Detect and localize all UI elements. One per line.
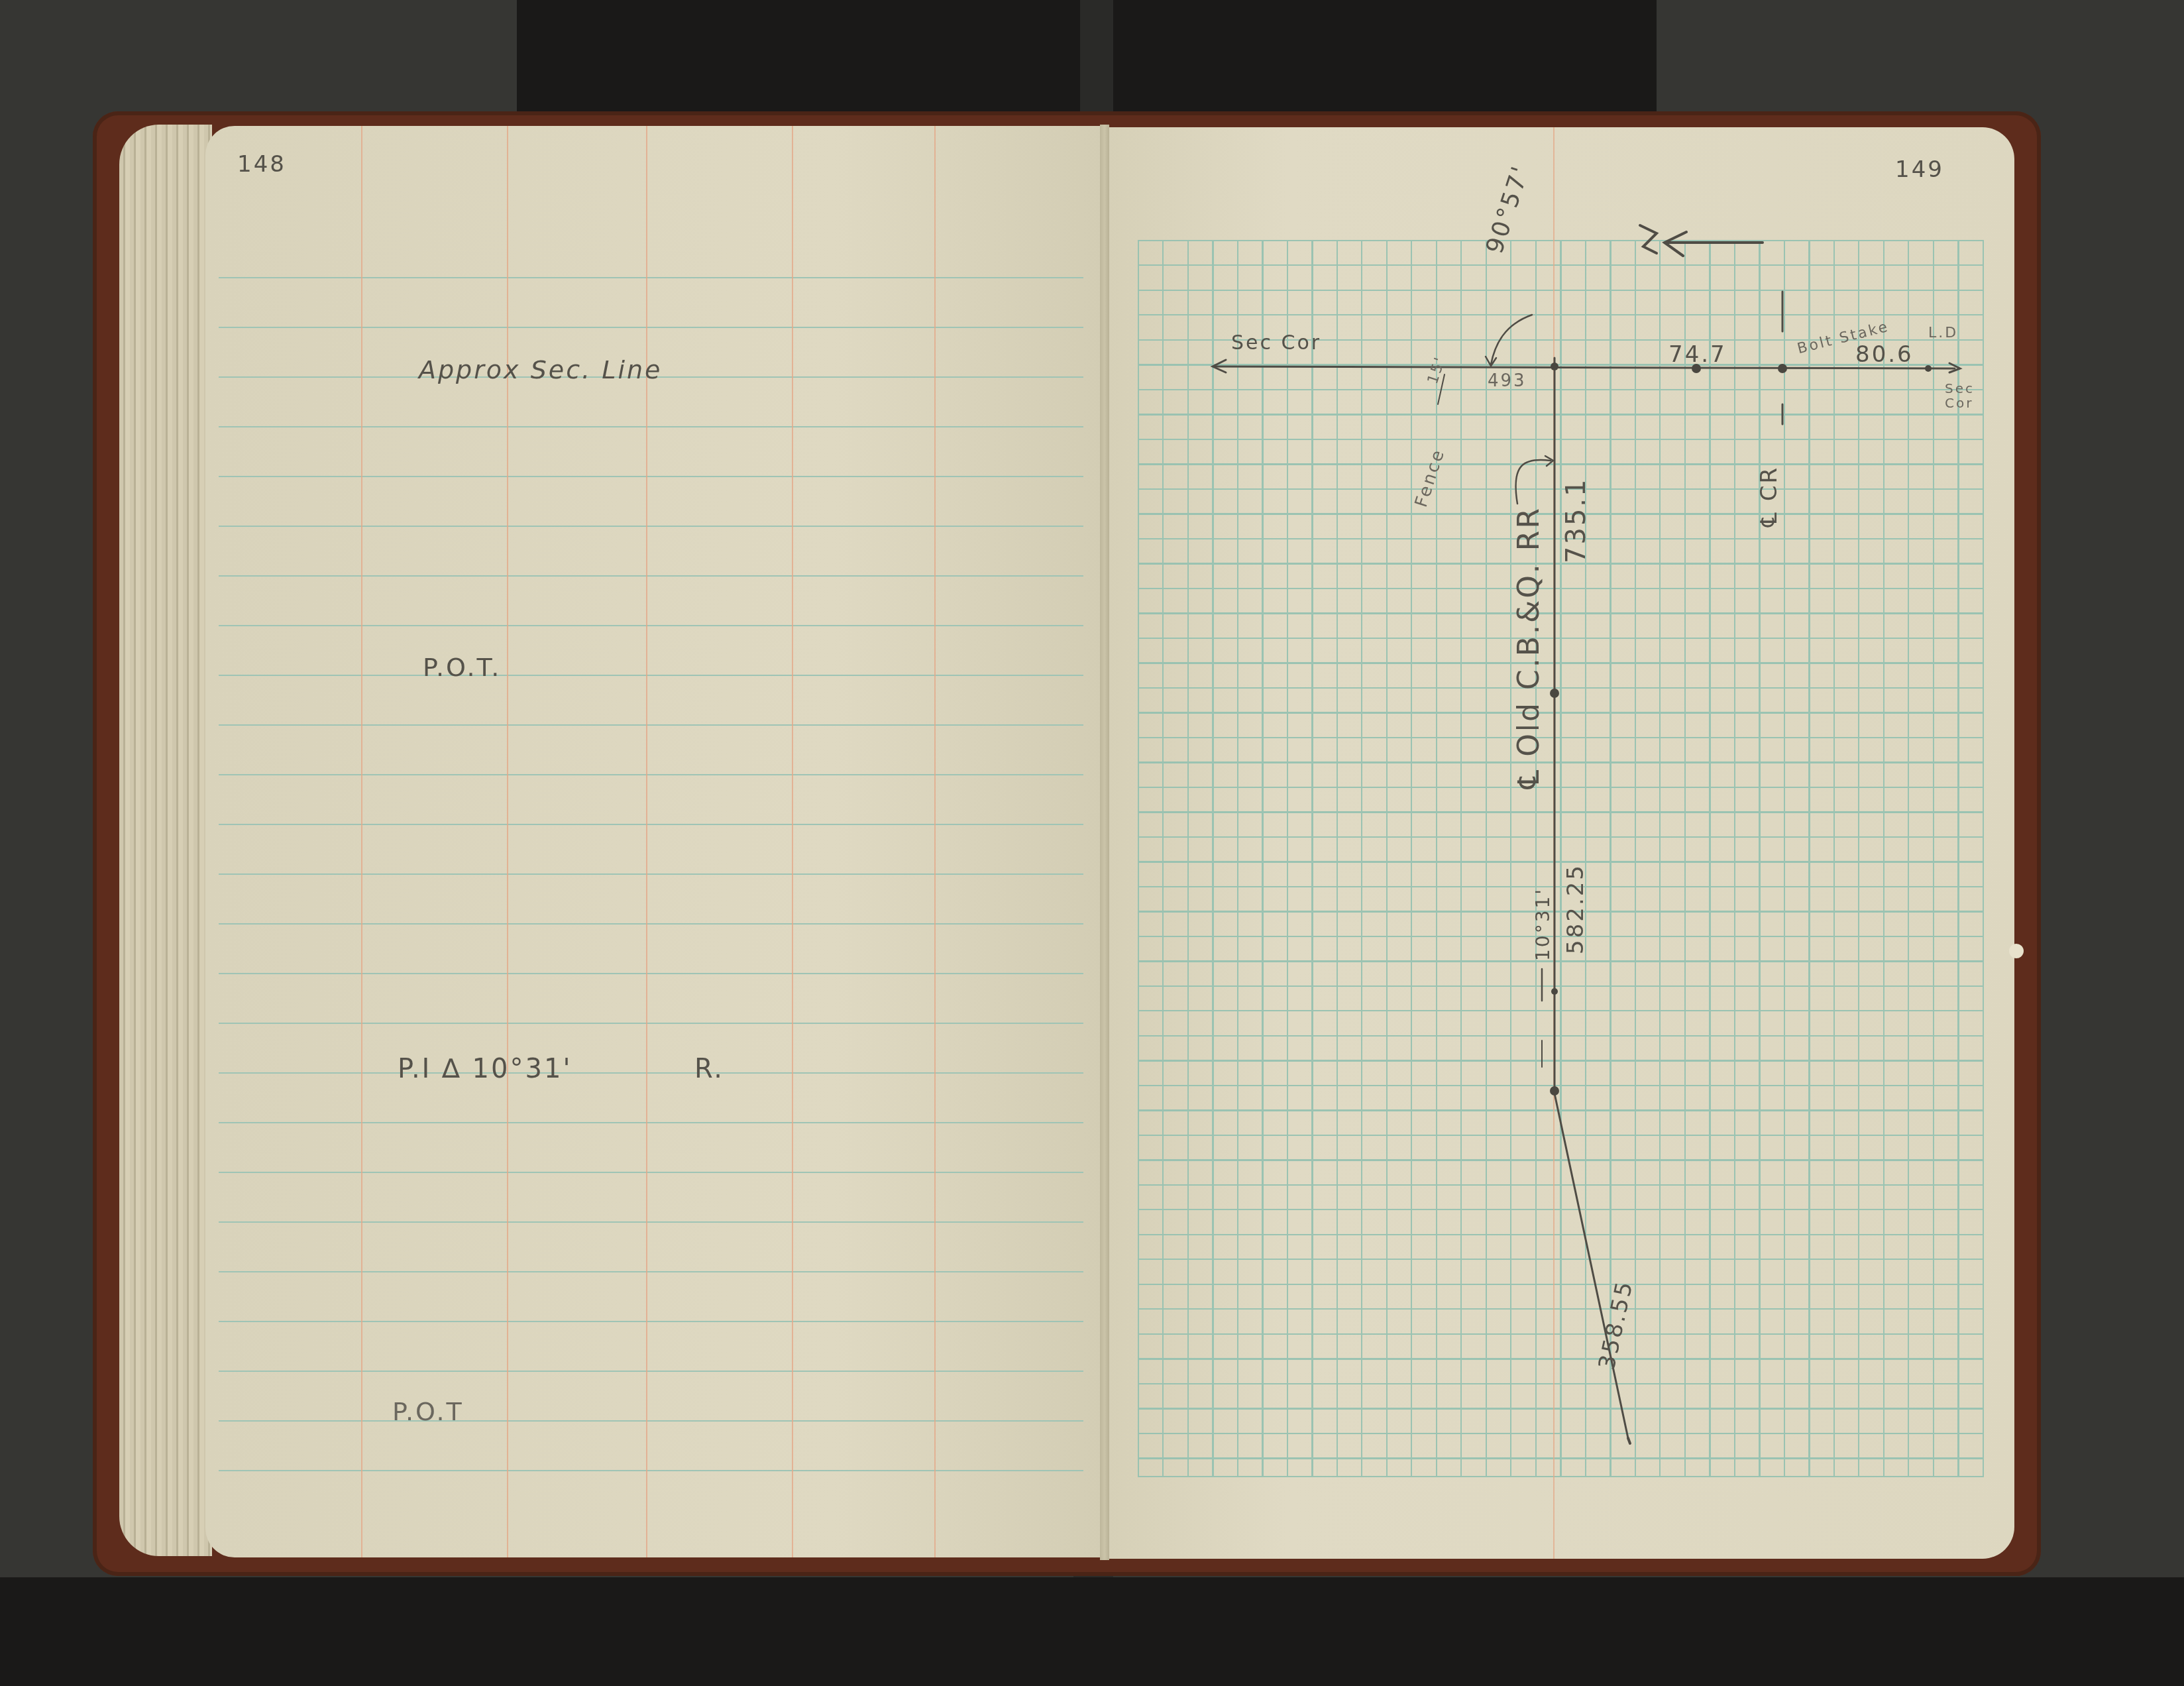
right-page-number: 149 [1895,156,1944,183]
ld-label: L.D [1928,325,1958,341]
left-column-rule [792,126,793,1557]
page-stack-edge [119,125,212,1556]
deflection-10-31: 10°31' [1532,887,1554,961]
right-page-grid [1138,240,1984,1477]
railroad-centerline-label: ℄ Old C.B.&Q. RR [1512,506,1546,789]
left-page-ruled-lines [219,229,1083,1494]
left-column-rule [507,126,508,1557]
offset-493-label: 493 [1488,371,1527,391]
left-entry-r: R. [694,1054,724,1084]
left-column-rule [361,126,362,1557]
cr-centerline-label: ℄ CR [1756,466,1782,527]
left-column-rule [646,126,647,1557]
station-582-25: 582.25 [1562,864,1589,954]
background-clip-left [517,0,1080,116]
dimension-74-7: 74.7 [1668,341,1727,368]
station-735-1: 735.1 [1561,477,1592,563]
book-gutter [1100,125,1109,1560]
left-entry-pot: P.O.T. [423,653,501,682]
left-page-number: 148 [237,151,286,178]
dimension-80-6: 80.6 [1855,341,1914,368]
background-bottom-strip [0,1577,2184,1686]
left-entry-pi-delta: P.I ∆ 10°31' [398,1054,572,1084]
sec-cor-left-label: Sec Cor [1231,331,1321,355]
background-clip-right [1113,0,1657,116]
left-column-rule [934,126,936,1557]
left-entry-pot-2: P.O.T [392,1397,464,1426]
sec-cor-right-label: Sec Cor [1945,381,1978,410]
right-column-rule [1553,127,1555,1559]
page-edge-notch [2009,944,2024,958]
left-entry-approx-sec-line: Approx Sec. Line [419,355,662,384]
